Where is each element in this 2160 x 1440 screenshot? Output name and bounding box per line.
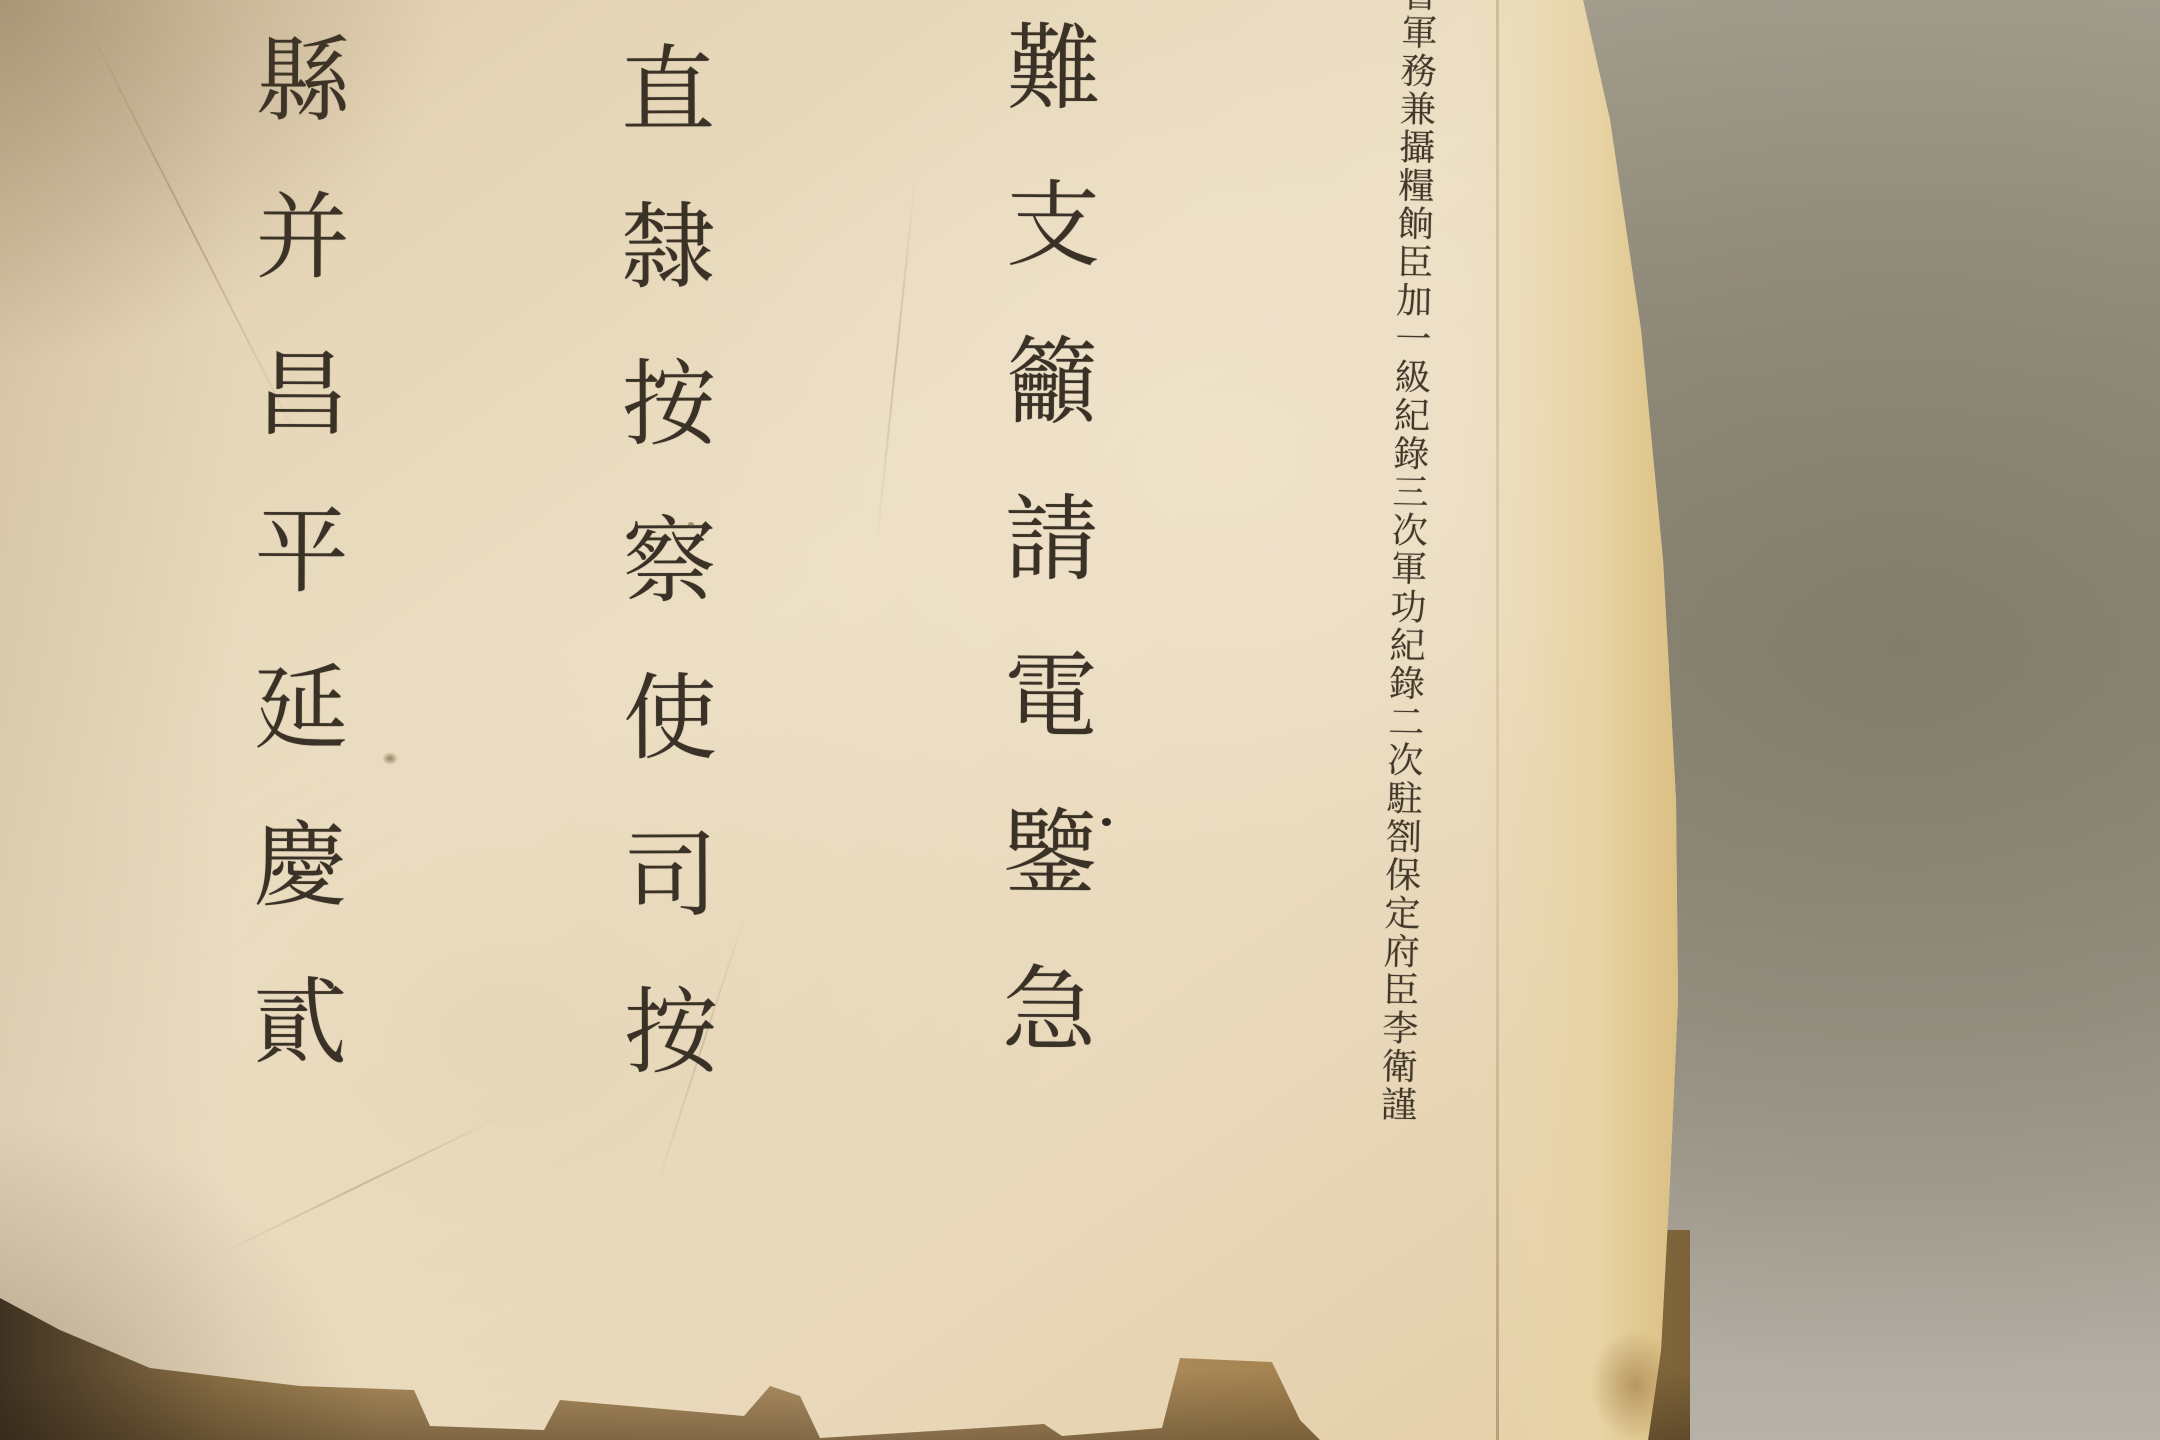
text-column-official-title: 督軍務兼攝糧餉臣加一級紀錄三次軍功紀錄二次駐劄保定府臣李衛謹 (1377, 0, 1435, 1124)
text-column-counties: 縣并昌平延慶貳 (243, 30, 341, 1129)
paper-stain (382, 752, 398, 765)
text-column-urgent-plea: 難支籲請電鑒急 (992, 18, 1092, 1117)
fore-edge-crease (1496, 0, 1499, 1440)
text-column-surveillance-commission: 直隸按察使司按 (611, 40, 709, 1139)
paper-crease (212, 1112, 509, 1258)
paper-fleck (688, 522, 694, 527)
ink-speck (1102, 818, 1111, 826)
paper-crease (875, 171, 917, 549)
photograph: 督軍務兼攝糧餉臣加一級紀錄三次軍功紀錄二次駐劄保定府臣李衛謹 難支籲請電鑒急 直… (0, 0, 2160, 1440)
manuscript-page: 督軍務兼攝糧餉臣加一級紀錄三次軍功紀錄二次駐劄保定府臣李衛謹 難支籲請電鑒急 直… (0, 0, 1700, 1440)
